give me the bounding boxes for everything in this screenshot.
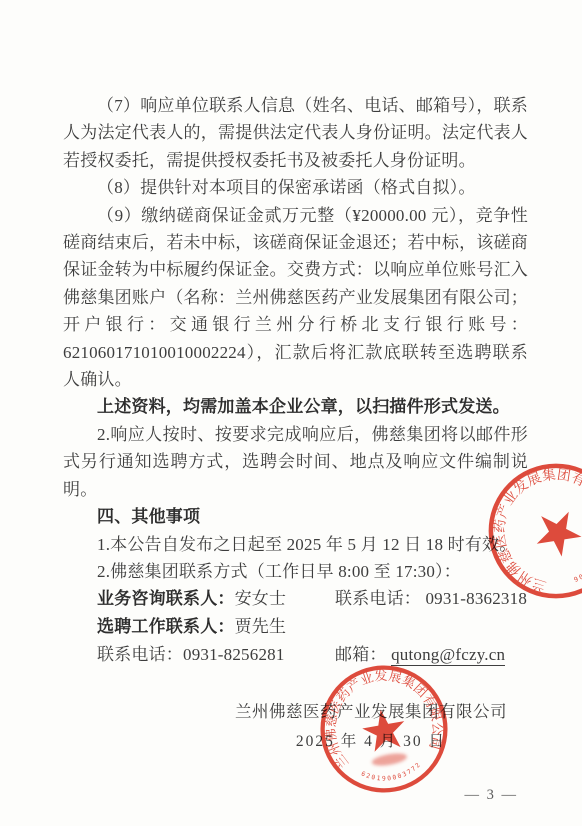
seal-code-text: 620190003772 [359, 760, 425, 787]
recruit-contact-name: 贾先生 [235, 613, 287, 641]
page-number: — 3 — [465, 787, 519, 804]
email-label: 邮箱： [335, 645, 387, 664]
paragraph-stamp-notice: 上述资料，均需加盖本企业公章，以扫描件形式发送。 [63, 393, 528, 420]
business-phone-label: 联系电话： [335, 589, 421, 608]
paragraph-validity: 1.本公告自发布之日起至 2025 年 5 月 12 日 18 时有效。 [63, 531, 528, 558]
business-contact: 业务咨询联系人： 安女士 [97, 585, 335, 613]
business-phone-number: 0931-8362318 [425, 589, 527, 608]
recruit-contact: 选聘工作联系人： 贾先生 [97, 613, 335, 641]
signature-company-name: 兰州佛慈医药产业发展集团有限公司 [210, 698, 532, 722]
seal-star-icon [525, 500, 582, 562]
contact-row-phone-email: 联系电话： 0931-8256281 邮箱： qutong@fczy.cn [63, 641, 528, 669]
paragraph-item-9: （9）缴纳磋商保证金贰万元整（¥20000.00 元），竞争性磋商结束后，若未中… [63, 202, 528, 394]
email-group: 邮箱： qutong@fczy.cn [335, 641, 505, 669]
signature-block: 兰州佛慈医药产业发展集团有限公司 2025 年 4 月 30 日 [210, 698, 532, 751]
recruit-phone: 联系电话： 0931-8256281 [97, 641, 335, 669]
business-contact-label: 业务咨询联系人： [97, 585, 235, 613]
paragraph-contact-intro: 2.佛慈集团联系方式（工作日早 8:00 至 17:30）： [63, 558, 528, 585]
seal-ink-smudge [371, 751, 408, 768]
paragraph-response-notice: 2.响应人按时、按要求完成响应后，佛慈集团将以邮件形式另行通知选聘方式，选聘会时… [63, 421, 528, 503]
document-body: （7）响应单位联系人信息（姓名、电话、邮箱号），联系人为法定代表人的，需提供法定… [63, 92, 528, 751]
paragraph-item-7: （7）响应单位联系人信息（姓名、电话、邮箱号），联系人为法定代表人的，需提供法定… [63, 92, 528, 174]
paragraph-item-8: （8）提供针对本项目的保密承诺函（格式自拟）。 [63, 174, 528, 201]
section-heading-other-matters: 四、其他事项 [63, 503, 528, 530]
recruit-phone-label: 联系电话： [97, 641, 183, 669]
contact-row-business: 业务咨询联系人： 安女士 联系电话： 0931-8362318 [63, 585, 528, 613]
business-phone: 联系电话： 0931-8362318 [335, 585, 527, 613]
recruit-phone-number: 0931-8256281 [183, 641, 285, 669]
document-page: （7）响应单位联系人信息（姓名、电话、邮箱号），联系人为法定代表人的，需提供法定… [0, 0, 582, 826]
email-link[interactable]: qutong@fczy.cn [391, 645, 505, 666]
recruit-contact-label: 选聘工作联系人： [97, 613, 235, 641]
seal-code-text: 90003772 [571, 546, 582, 588]
contact-row-recruit: 选聘工作联系人： 贾先生 [63, 613, 528, 641]
business-contact-name: 安女士 [235, 585, 287, 613]
signature-date: 2025 年 4 月 30 日 [210, 729, 532, 751]
